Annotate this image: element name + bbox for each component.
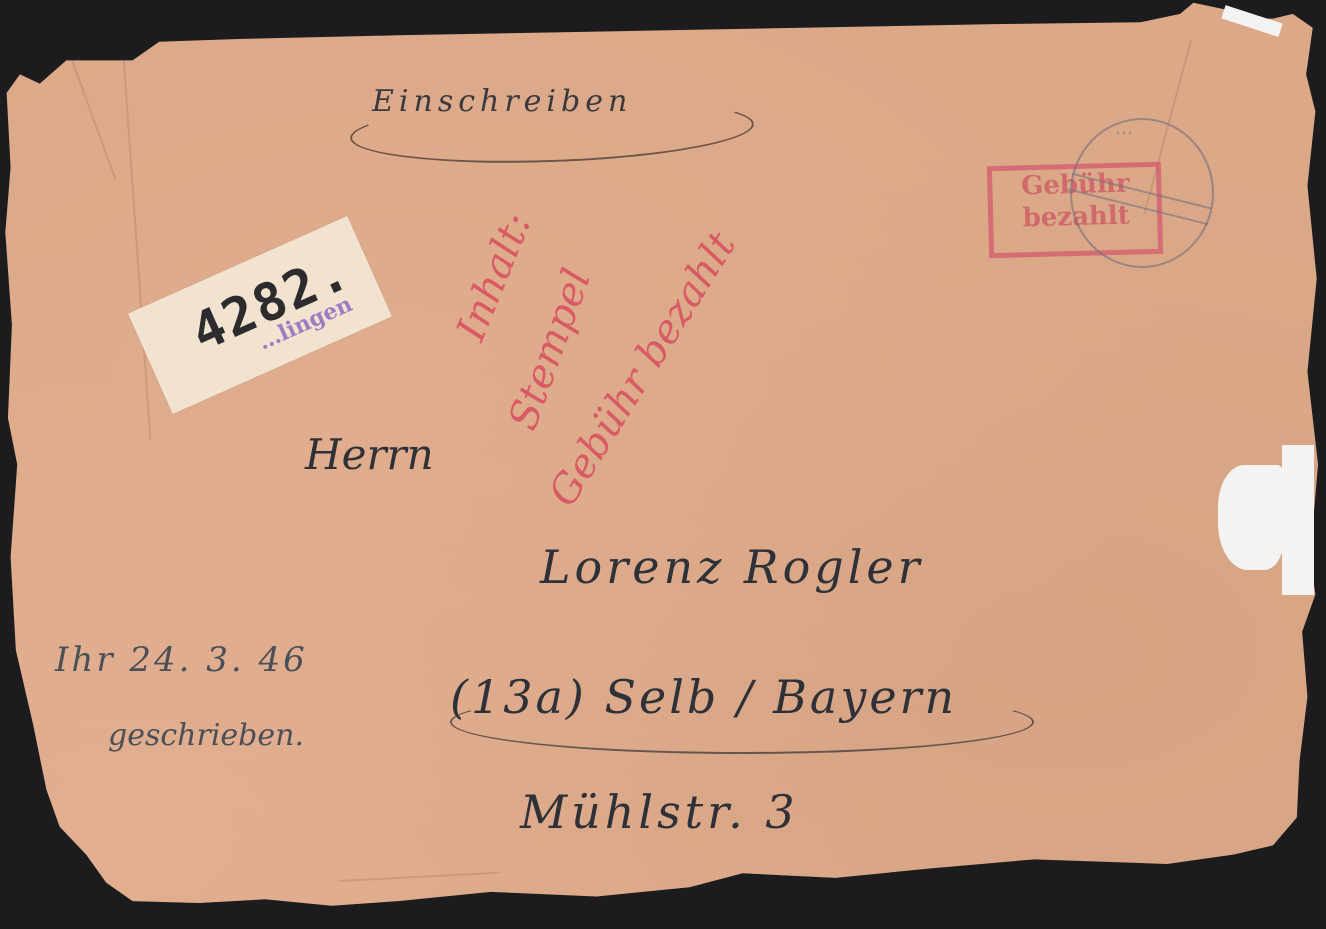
address-name: Lorenz Rogler [540,540,924,594]
backing-strip [1282,445,1314,595]
address-salutation: Herrn [305,430,434,479]
crease [120,20,151,439]
crease [340,872,500,882]
torn-hole [1218,465,1284,570]
address-underline [450,690,1034,754]
side-note-date: Ihr 24. 3. 46 [55,640,308,680]
postmark-text: … [1115,118,1137,139]
address-street: Mühlstr. 3 [520,785,799,839]
side-note-written: geschrieben. [108,718,304,753]
